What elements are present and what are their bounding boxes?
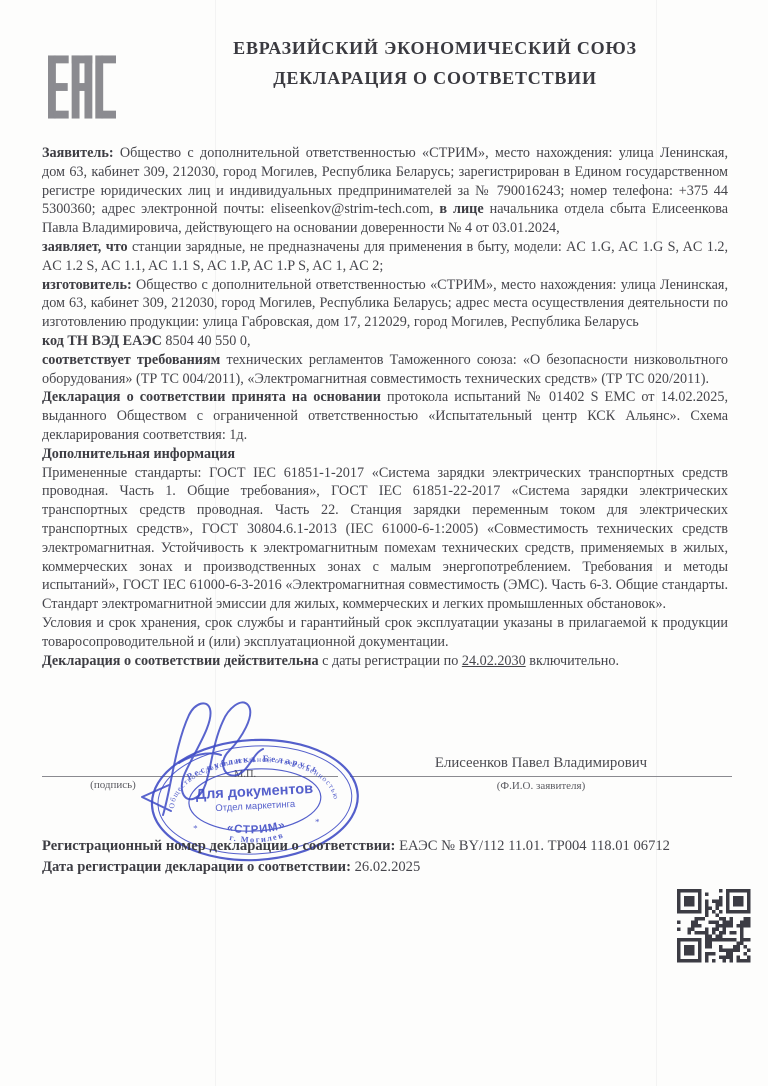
- fio-caption: (Ф.И.О. заявителя): [350, 780, 732, 792]
- registration-date-row: Дата регистрации декларации о соответств…: [42, 857, 670, 878]
- document-title: ЕВРАЗИЙСКИЙ ЭКОНОМИЧЕСКИЙ СОЮЗ ДЕКЛАРАЦИ…: [130, 33, 740, 93]
- manufacturer-label: изготовитель:: [42, 277, 132, 293]
- union-name: ЕВРАЗИЙСКИЙ ЭКОНОМИЧЕСКИЙ СОЮЗ: [130, 33, 740, 63]
- complies-paragraph: соответствует требованиям технических ре…: [42, 351, 728, 389]
- registration-number-value: ЕАЭС № BY/112 11.01. ТР004 118.01 06712: [399, 838, 670, 854]
- declares-paragraph: заявляет, что станции зарядные, не предн…: [42, 238, 728, 276]
- basis-paragraph: Декларация о соответствии принята на осн…: [42, 388, 728, 444]
- validity-paragraph: Декларация о соответствии действительна …: [42, 652, 728, 671]
- storage-paragraph: Условия и срок хранения, срок службы и г…: [42, 614, 728, 652]
- document-type: ДЕКЛАРАЦИЯ О СООТВЕТСТВИИ: [130, 63, 740, 93]
- declares-label: заявляет, что: [42, 239, 128, 255]
- fio-line: [350, 776, 732, 777]
- basis-label: Декларация о соответствии принята на осн…: [42, 389, 381, 405]
- complies-label: соответствует требованиям: [42, 352, 220, 368]
- validity-label: Декларация о соответствии действительна: [42, 653, 319, 669]
- tnved-code-paragraph: код ТН ВЭД ЕАЭС 8504 40 550 0,: [42, 332, 728, 351]
- qr-code: [677, 889, 751, 963]
- registration-number-row: Регистрационный номер декларации о соотв…: [42, 836, 670, 857]
- registration-number-label: Регистрационный номер декларации о соотв…: [42, 838, 395, 854]
- registration-block: Регистрационный номер декларации о соотв…: [42, 836, 670, 877]
- in-person-label: в лице: [439, 201, 483, 217]
- registration-date-label: Дата регистрации декларации о соответств…: [42, 859, 351, 875]
- handwritten-signature: [133, 693, 323, 830]
- document-body: Заявитель: Общество с дополнительной отв…: [42, 144, 728, 670]
- additional-info-heading: Дополнительная информация: [42, 445, 728, 464]
- tnved-label: код ТН ВЭД ЕАЭС: [42, 333, 162, 349]
- standards-paragraph: Примененные стандарты: ГОСТ IEC 61851-1-…: [42, 464, 728, 614]
- validity-date: 24.02.2030: [462, 653, 526, 669]
- applicant-paragraph: Заявитель: Общество с дополнительной отв…: [42, 144, 728, 238]
- registration-date-value: 26.02.2025: [355, 859, 421, 875]
- manufacturer-paragraph: изготовитель: Общество с дополнительной …: [42, 276, 728, 332]
- applicant-fio: Елисеенков Павел Владимирович: [350, 755, 732, 772]
- declaration-document: ЕВРАЗИЙСКИЙ ЭКОНОМИЧЕСКИЙ СОЮЗ ДЕКЛАРАЦИ…: [0, 0, 768, 1086]
- eac-mark-icon: [48, 55, 116, 124]
- applicant-label: Заявитель:: [42, 145, 114, 161]
